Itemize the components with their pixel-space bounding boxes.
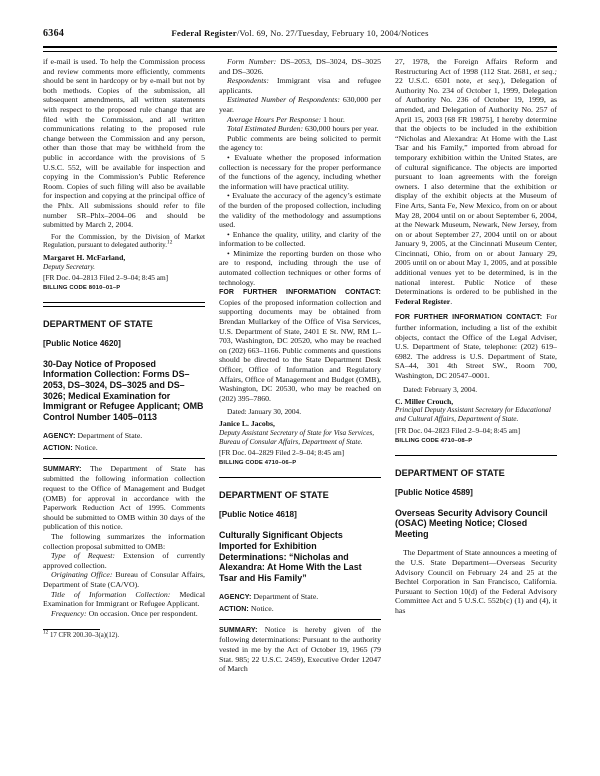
text-run: Deputy Secretary.	[43, 262, 95, 271]
text-run: For further information, including a lis…	[395, 312, 557, 380]
paragraph: The Department of State announces a meet…	[395, 548, 557, 615]
journal-issue-info: /Vol. 69, No. 27/Tuesday, February 10, 2…	[237, 28, 429, 38]
department-heading: DEPARTMENT OF STATE	[395, 468, 557, 478]
paragraph: if e-mail is used. To help the Commissio…	[43, 57, 205, 230]
department-heading: DEPARTMENT OF STATE	[43, 319, 205, 329]
fr-doc-line: [FR Doc. 04–2823 Filed 2–9–04; 8:45 am]	[395, 426, 557, 435]
agency-action-line: ACTION: Notice.	[43, 443, 205, 454]
summary-divider	[219, 619, 381, 620]
public-notice-number: [Public Notice 4620]	[43, 339, 205, 348]
text-run: if e-mail is used. To help the Commissio…	[43, 57, 205, 229]
text-run: Notice.	[251, 604, 274, 613]
text-run: SUMMARY:	[43, 466, 90, 473]
paragraph: 27, 1978, the Foreign Affairs Reform and…	[395, 57, 557, 306]
text-run: • Minimize the reporting burden on those…	[219, 249, 381, 287]
text-run: Type of Request:	[51, 551, 115, 560]
document-title: 30-Day Notice of Proposed Information Co…	[43, 359, 205, 423]
text-run: .	[450, 297, 452, 306]
field-item: Originating Office: Bureau of Consular A…	[43, 570, 205, 589]
column-1: if e-mail is used. To help the Commissio…	[43, 57, 205, 771]
journal-masthead: Federal Register/Vol. 69, No. 27/Tuesday…	[43, 28, 557, 38]
text-run: Frequency:	[51, 609, 87, 618]
text-run: Average Hours Per Response:	[227, 115, 321, 124]
dated-line: Dated: February 3, 2004.	[395, 385, 557, 394]
text-run: 22 U.S.C. 6501 note,	[395, 76, 477, 85]
text-run: Public comments are being solicited to p…	[219, 134, 381, 153]
section-divider	[219, 477, 381, 478]
text-run: DEPARTMENT OF STATE	[219, 490, 329, 500]
dated-line: Dated: January 30, 2004.	[219, 407, 381, 416]
paragraph: SUMMARY: The Department of State has sub…	[43, 464, 205, 532]
bullet-item: • Evaluate whether the proposed informat…	[219, 153, 381, 191]
text-run: ), Delegation of Authority No. 234 of Oc…	[395, 76, 557, 296]
text-run: Federal Register	[395, 297, 450, 306]
field-item: Estimated Number of Respondents: 630,000…	[219, 95, 381, 114]
text-run: [Public Notice 4618]	[219, 510, 297, 519]
text-run: AGENCY:	[43, 433, 78, 440]
text-run: BILLING CODE 8010–01–P	[43, 285, 120, 291]
paragraph: The following summarizes the information…	[43, 532, 205, 551]
paragraph: FOR FURTHER INFORMATION CONTACT: For fur…	[395, 312, 557, 380]
journal-name: Federal Register	[171, 28, 236, 38]
text-run: FOR FURTHER INFORMATION CONTACT:	[395, 314, 546, 321]
text-run: 30-Day Notice of Proposed Information Co…	[43, 359, 203, 422]
department-divider	[43, 302, 205, 307]
paragraph: SUMMARY: Notice is hereby given of the f…	[219, 625, 381, 674]
page-number: 6364	[43, 28, 64, 39]
agency-action-line: AGENCY: Department of State.	[43, 431, 205, 442]
text-run: Deputy Assistant Secretary of State for …	[219, 428, 374, 446]
summary-divider	[43, 458, 205, 459]
text-run: Principal Deputy Assistant Secretary for…	[395, 405, 551, 423]
paragraph: Public comments are being solicited to p…	[219, 134, 381, 153]
agency-action-line: ACTION: Notice.	[219, 604, 381, 615]
text-run: Notice.	[75, 443, 98, 452]
text-run: Estimated Number of Respondents:	[227, 95, 340, 104]
text-run: Department of State.	[78, 431, 143, 440]
billing-code: BILLING CODE 8010–01–P	[43, 285, 205, 292]
text-run: • Evaluate the accuracy of the agency’s …	[219, 191, 381, 229]
text-run: [Public Notice 4589]	[395, 488, 473, 497]
fr-doc-line: [FR Doc. 04–2829 Filed 2–9–04; 8:45 am]	[219, 448, 381, 457]
text-run: Department of State.	[254, 592, 319, 601]
signatory-title: Deputy Secretary.	[43, 263, 205, 272]
federal-register-page: 6364 Federal Register/Vol. 69, No. 27/Tu…	[0, 0, 600, 776]
text-run: Respondents:	[227, 76, 269, 85]
footnote-marker: 12	[167, 240, 172, 246]
text-run: DEPARTMENT OF STATE	[43, 319, 153, 329]
field-item: Frequency: On occasion. Once per respond…	[43, 609, 205, 619]
text-run: ACTION:	[219, 606, 251, 613]
bullet-item: • Minimize the reporting burden on those…	[219, 249, 381, 287]
text-run: Dated: January 30, 2004.	[227, 407, 301, 416]
text-run: For the Commission, by the Division of M…	[43, 233, 205, 250]
document-title: Culturally Significant Objects Imported …	[219, 530, 381, 583]
text-run: The Department of State has submitted th…	[43, 464, 205, 532]
text-run: Overseas Security Advisory Council (OSAC…	[395, 508, 548, 539]
paragraph: FOR FURTHER INFORMATION CONTACT: Copies …	[219, 287, 381, 403]
field-item: Total Estimated Burden: 630,000 hours pe…	[219, 124, 381, 134]
text-run: ACTION:	[43, 445, 75, 452]
text-run: [FR Doc. 04–2813 Filed 2–9–04; 8:45 am]	[43, 273, 168, 282]
bullet-item: • Enhance the quality, utility, and clar…	[219, 230, 381, 249]
text-run: • Evaluate whether the proposed informat…	[219, 153, 381, 191]
text-columns: if e-mail is used. To help the Commissio…	[43, 57, 557, 771]
text-run: [FR Doc. 04–2829 Filed 2–9–04; 8:45 am]	[219, 448, 344, 457]
text-run: Originating Office:	[51, 570, 112, 579]
field-item: Form Number: DS–2053, DS–3024, DS–3025 a…	[219, 57, 381, 76]
text-run: FOR FURTHER INFORMATION CONTACT:	[219, 289, 381, 296]
field-item: Average Hours Per Response: 1 hour.	[219, 115, 381, 125]
text-run: Dated: February 3, 2004.	[403, 385, 477, 394]
text-run: et seq.;	[534, 67, 557, 76]
text-run: The following summarizes the information…	[43, 532, 205, 551]
header-rule	[43, 46, 557, 52]
text-run: [Public Notice 4620]	[43, 339, 121, 348]
text-run: Copies of the proposed information colle…	[219, 298, 381, 403]
public-notice-number: [Public Notice 4589]	[395, 488, 557, 497]
text-run: BILLING CODE 4710–08–P	[395, 438, 472, 444]
billing-code: BILLING CODE 4710–08–P	[395, 438, 557, 445]
text-run: On occasion. Once per respondent.	[87, 609, 198, 618]
text-run: et seq.	[477, 76, 501, 85]
column-3: 27, 1978, the Foreign Affairs Reform and…	[395, 57, 557, 771]
section-divider	[395, 455, 557, 456]
text-run: 630,000 hours per year.	[303, 124, 378, 133]
text-run: Title of Information Collection:	[51, 590, 170, 599]
text-run: [FR Doc. 04–2823 Filed 2–9–04; 8:45 am]	[395, 426, 520, 435]
page-header: 6364 Federal Register/Vol. 69, No. 27/Tu…	[43, 28, 557, 42]
text-run: 27, 1978, the Foreign Affairs Reform and…	[395, 57, 557, 76]
text-run: Form Number:	[227, 57, 276, 66]
signatory-title: Principal Deputy Assistant Secretary for…	[395, 406, 557, 424]
signatory-title: Deputy Assistant Secretary of State for …	[219, 429, 381, 447]
document-title: Overseas Security Advisory Council (OSAC…	[395, 508, 557, 540]
text-run: • Enhance the quality, utility, and clar…	[219, 230, 381, 249]
department-heading: DEPARTMENT OF STATE	[219, 490, 381, 500]
fr-doc-line: [FR Doc. 04–2813 Filed 2–9–04; 8:45 am]	[43, 273, 205, 282]
billing-code: BILLING CODE 4710–06–P	[219, 460, 381, 467]
text-run: 17 CFR 200.30–3(a)(12).	[48, 632, 119, 639]
agency-action-line: AGENCY: Department of State.	[219, 592, 381, 603]
column-2: Form Number: DS–2053, DS–3024, DS–3025 a…	[219, 57, 381, 771]
public-notice-number: [Public Notice 4618]	[219, 510, 381, 519]
field-item: Respondents: Immigrant visa and refugee …	[219, 76, 381, 95]
text-run: BILLING CODE 4710–06–P	[219, 460, 296, 466]
field-item: Title of Information Collection: Medical…	[43, 590, 205, 609]
text-run: The Department of State announces a meet…	[395, 548, 557, 615]
text-run: 1 hour.	[321, 115, 345, 124]
text-run: DEPARTMENT OF STATE	[395, 468, 505, 478]
text-run: AGENCY:	[219, 594, 254, 601]
text-run: Culturally Significant Objects Imported …	[219, 530, 362, 582]
bullet-item: • Evaluate the accuracy of the agency’s …	[219, 191, 381, 229]
text-run: Total Estimated Burden:	[227, 124, 303, 133]
text-run: SUMMARY:	[219, 627, 265, 634]
signature-authority: For the Commission, by the Division of M…	[43, 233, 205, 250]
field-item: Type of Request: Extension of currently …	[43, 551, 205, 570]
footnote: 12 17 CFR 200.30–3(a)(12).	[43, 629, 205, 640]
